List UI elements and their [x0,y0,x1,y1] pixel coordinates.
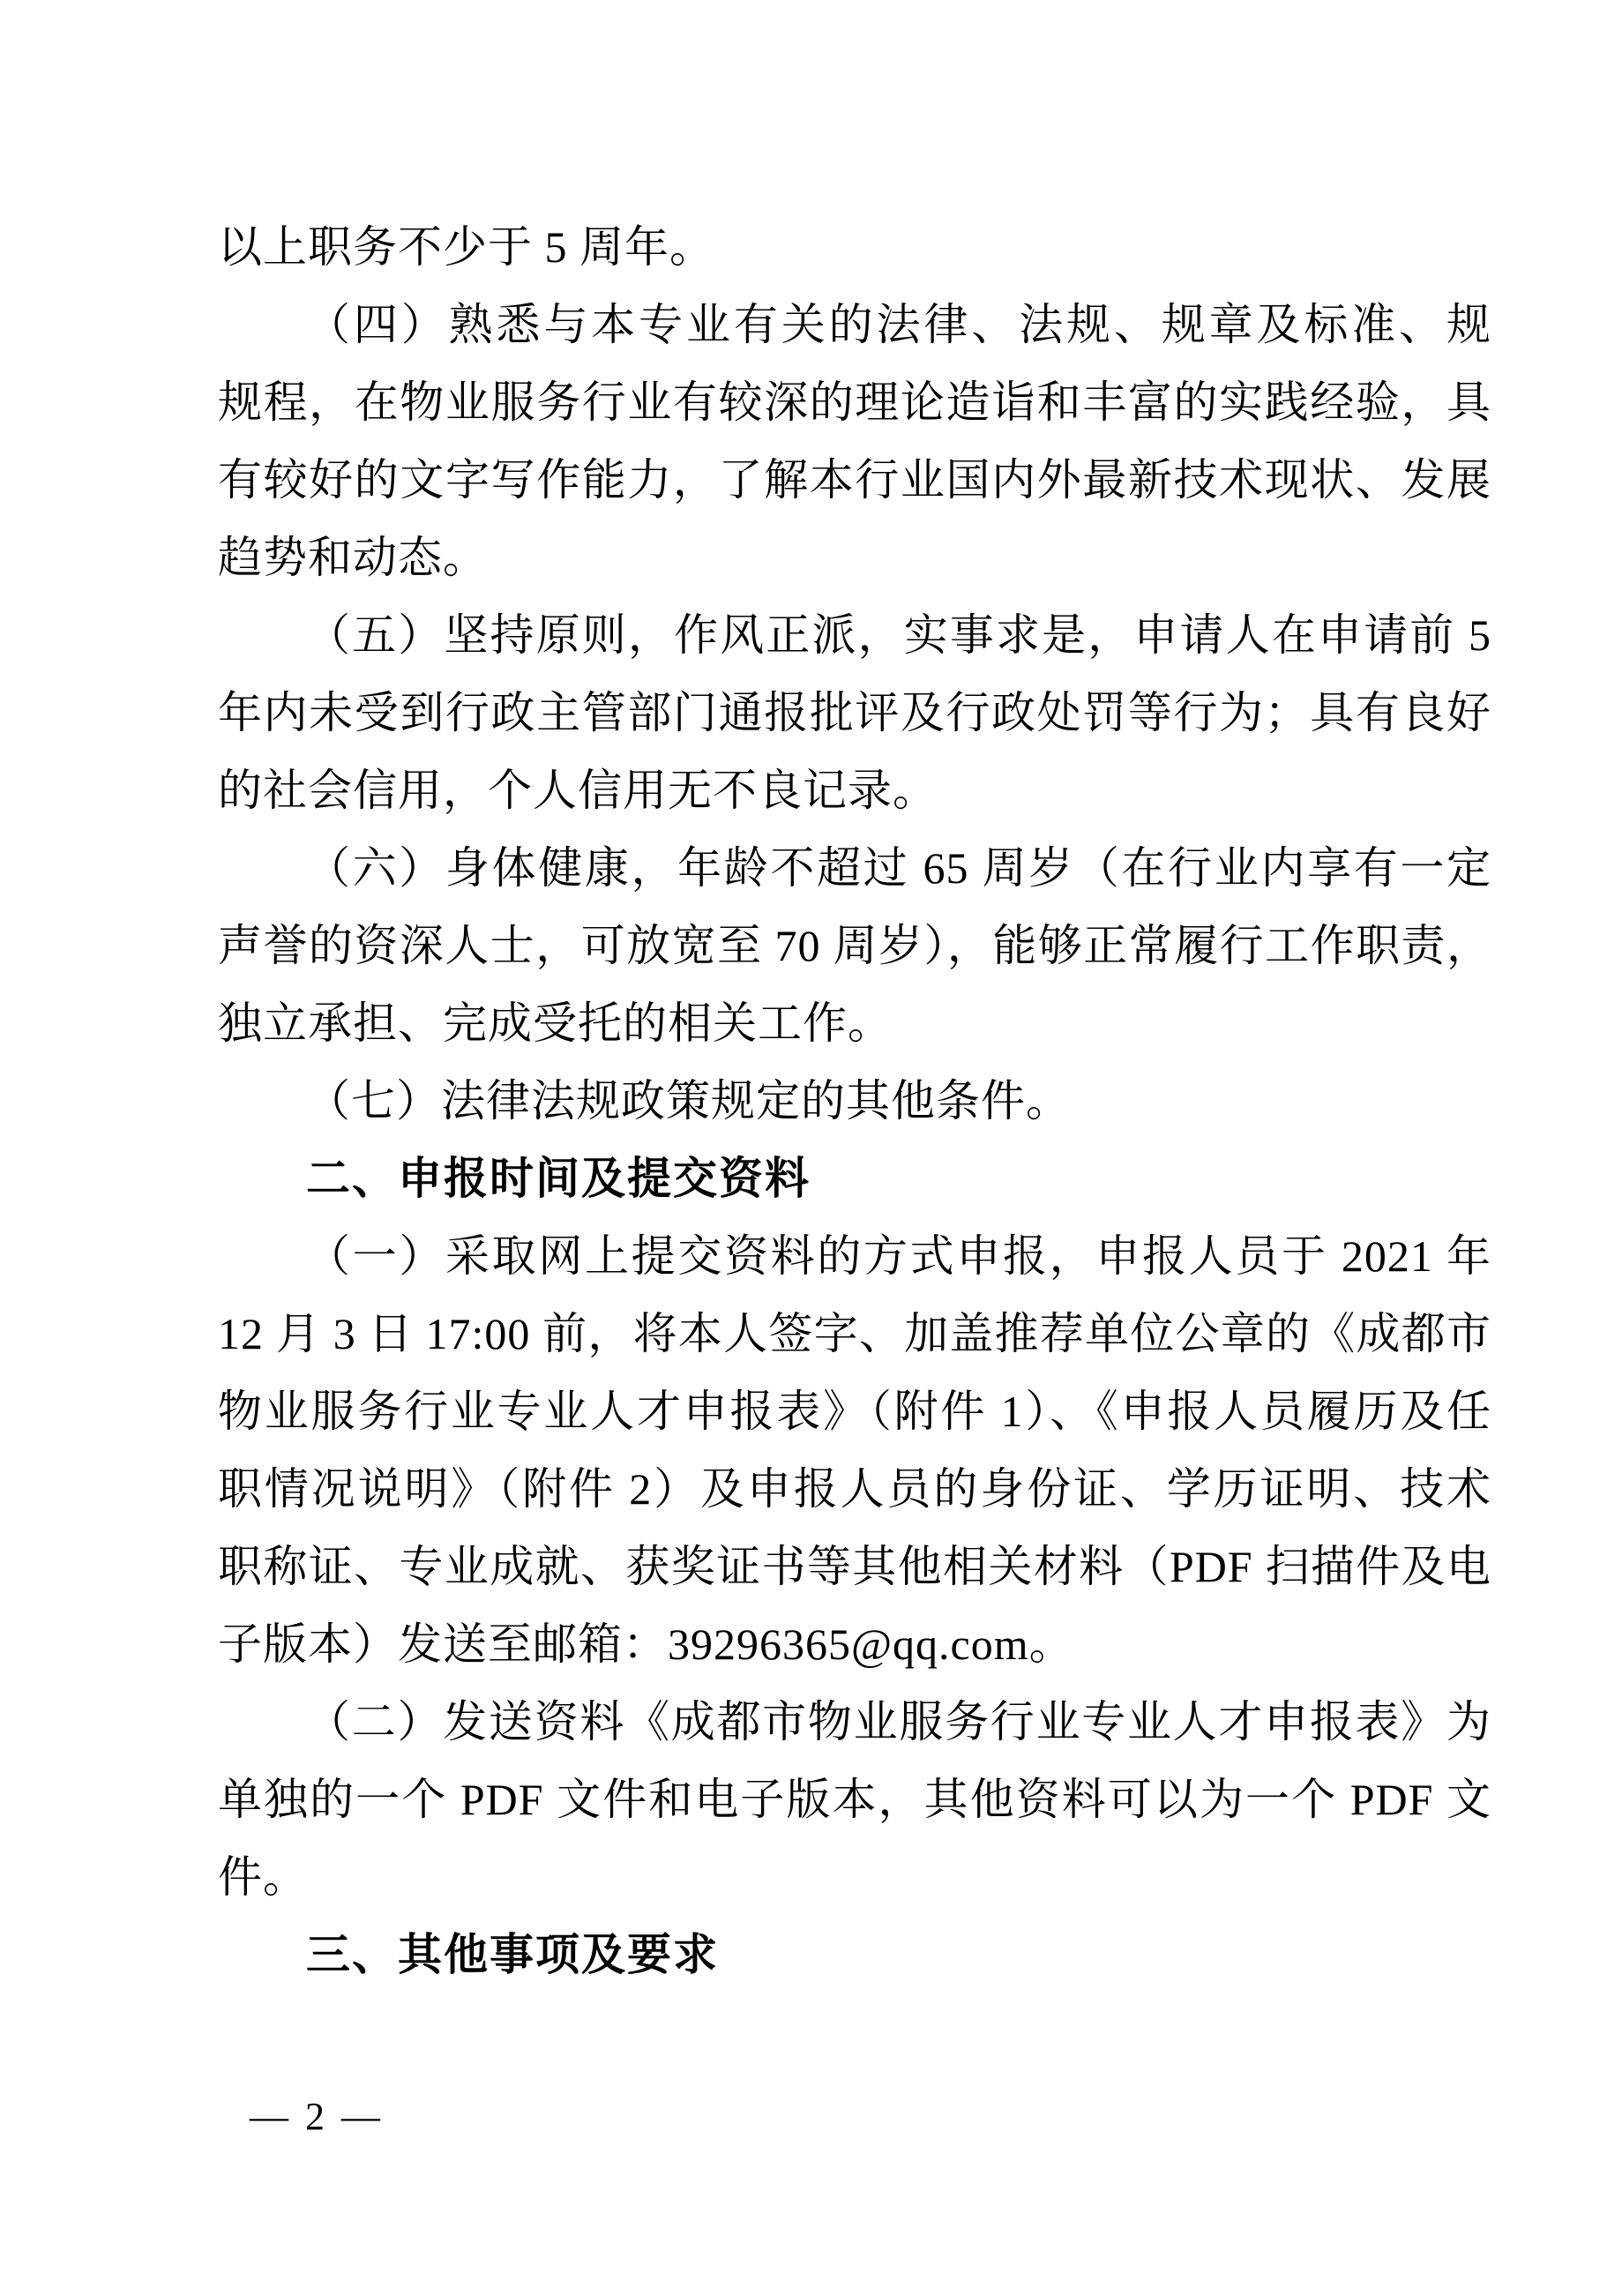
text-line: 独立承担、完成受托的相关工作。 [218,984,1491,1062]
text-line: 物业服务行业专业人才申报表》（附件 1）、《申报人员履历及任 [218,1372,1491,1450]
text-line: 职称证、专业成就、获奖证书等其他相关材料（PDF 扫描件及电 [218,1528,1491,1605]
document-body: 以上职务不少于 5 周年。（四）熟悉与本专业有关的法律、法规、规章及标准、规范、… [218,208,1491,1993]
text-line: 单独的一个 PDF 文件和电子版本，其他资料可以为一个 PDF 文 [218,1761,1491,1838]
text-line: 二、申报时间及提交资料 [218,1140,1491,1217]
text-line: 有较好的文字写作能力，了解本行业国内外最新技术现状、发展 [218,441,1491,519]
text-line: 的社会信用，个人信用无不良记录。 [218,752,1491,829]
text-line: （二）发送资料《成都市物业服务行业专业人才申报表》为 [218,1683,1491,1761]
text-line: 声誉的资深人士，可放宽至 70 周岁），能够正常履行工作职责， [218,907,1491,984]
text-line: （四）熟悉与本专业有关的法律、法规、规章及标准、规范、 [218,286,1491,363]
text-line: （一）采取网上提交资料的方式申报，申报人员于 2021 年 [218,1217,1491,1295]
text-line: 三、其他事项及要求 [218,1916,1491,1993]
text-line: 职情况说明》（附件 2）及申报人员的身份证、学历证明、技术 [218,1450,1491,1528]
text-line: （七）法律法规政策规定的其他条件。 [218,1062,1491,1140]
text-line: 12 月 3 日 17:00 前，将本人签字、加盖推荐单位公章的《成都市 [218,1295,1491,1372]
text-line: 以上职务不少于 5 周年。 [218,208,1491,286]
document-page: 以上职务不少于 5 周年。（四）熟悉与本专业有关的法律、法规、规章及标准、规范、… [0,0,1622,2296]
text-line: （六）身体健康，年龄不超过 65 周岁（在行业内享有一定 [218,829,1491,907]
text-line: （五）坚持原则，作风正派，实事求是，申请人在申请前 5 [218,596,1491,674]
text-line: 趋势和动态。 [218,519,1491,596]
text-line: 规程，在物业服务行业有较深的理论造诣和丰富的实践经验，具 [218,363,1491,441]
text-line: 子版本）发送至邮箱：39296365@qq.com。 [218,1605,1491,1683]
page-number: — 2 — [250,2098,380,2136]
text-line: 件。 [218,1838,1491,1916]
text-line: 年内未受到行政主管部门通报批评及行政处罚等行为；具有良好 [218,674,1491,752]
